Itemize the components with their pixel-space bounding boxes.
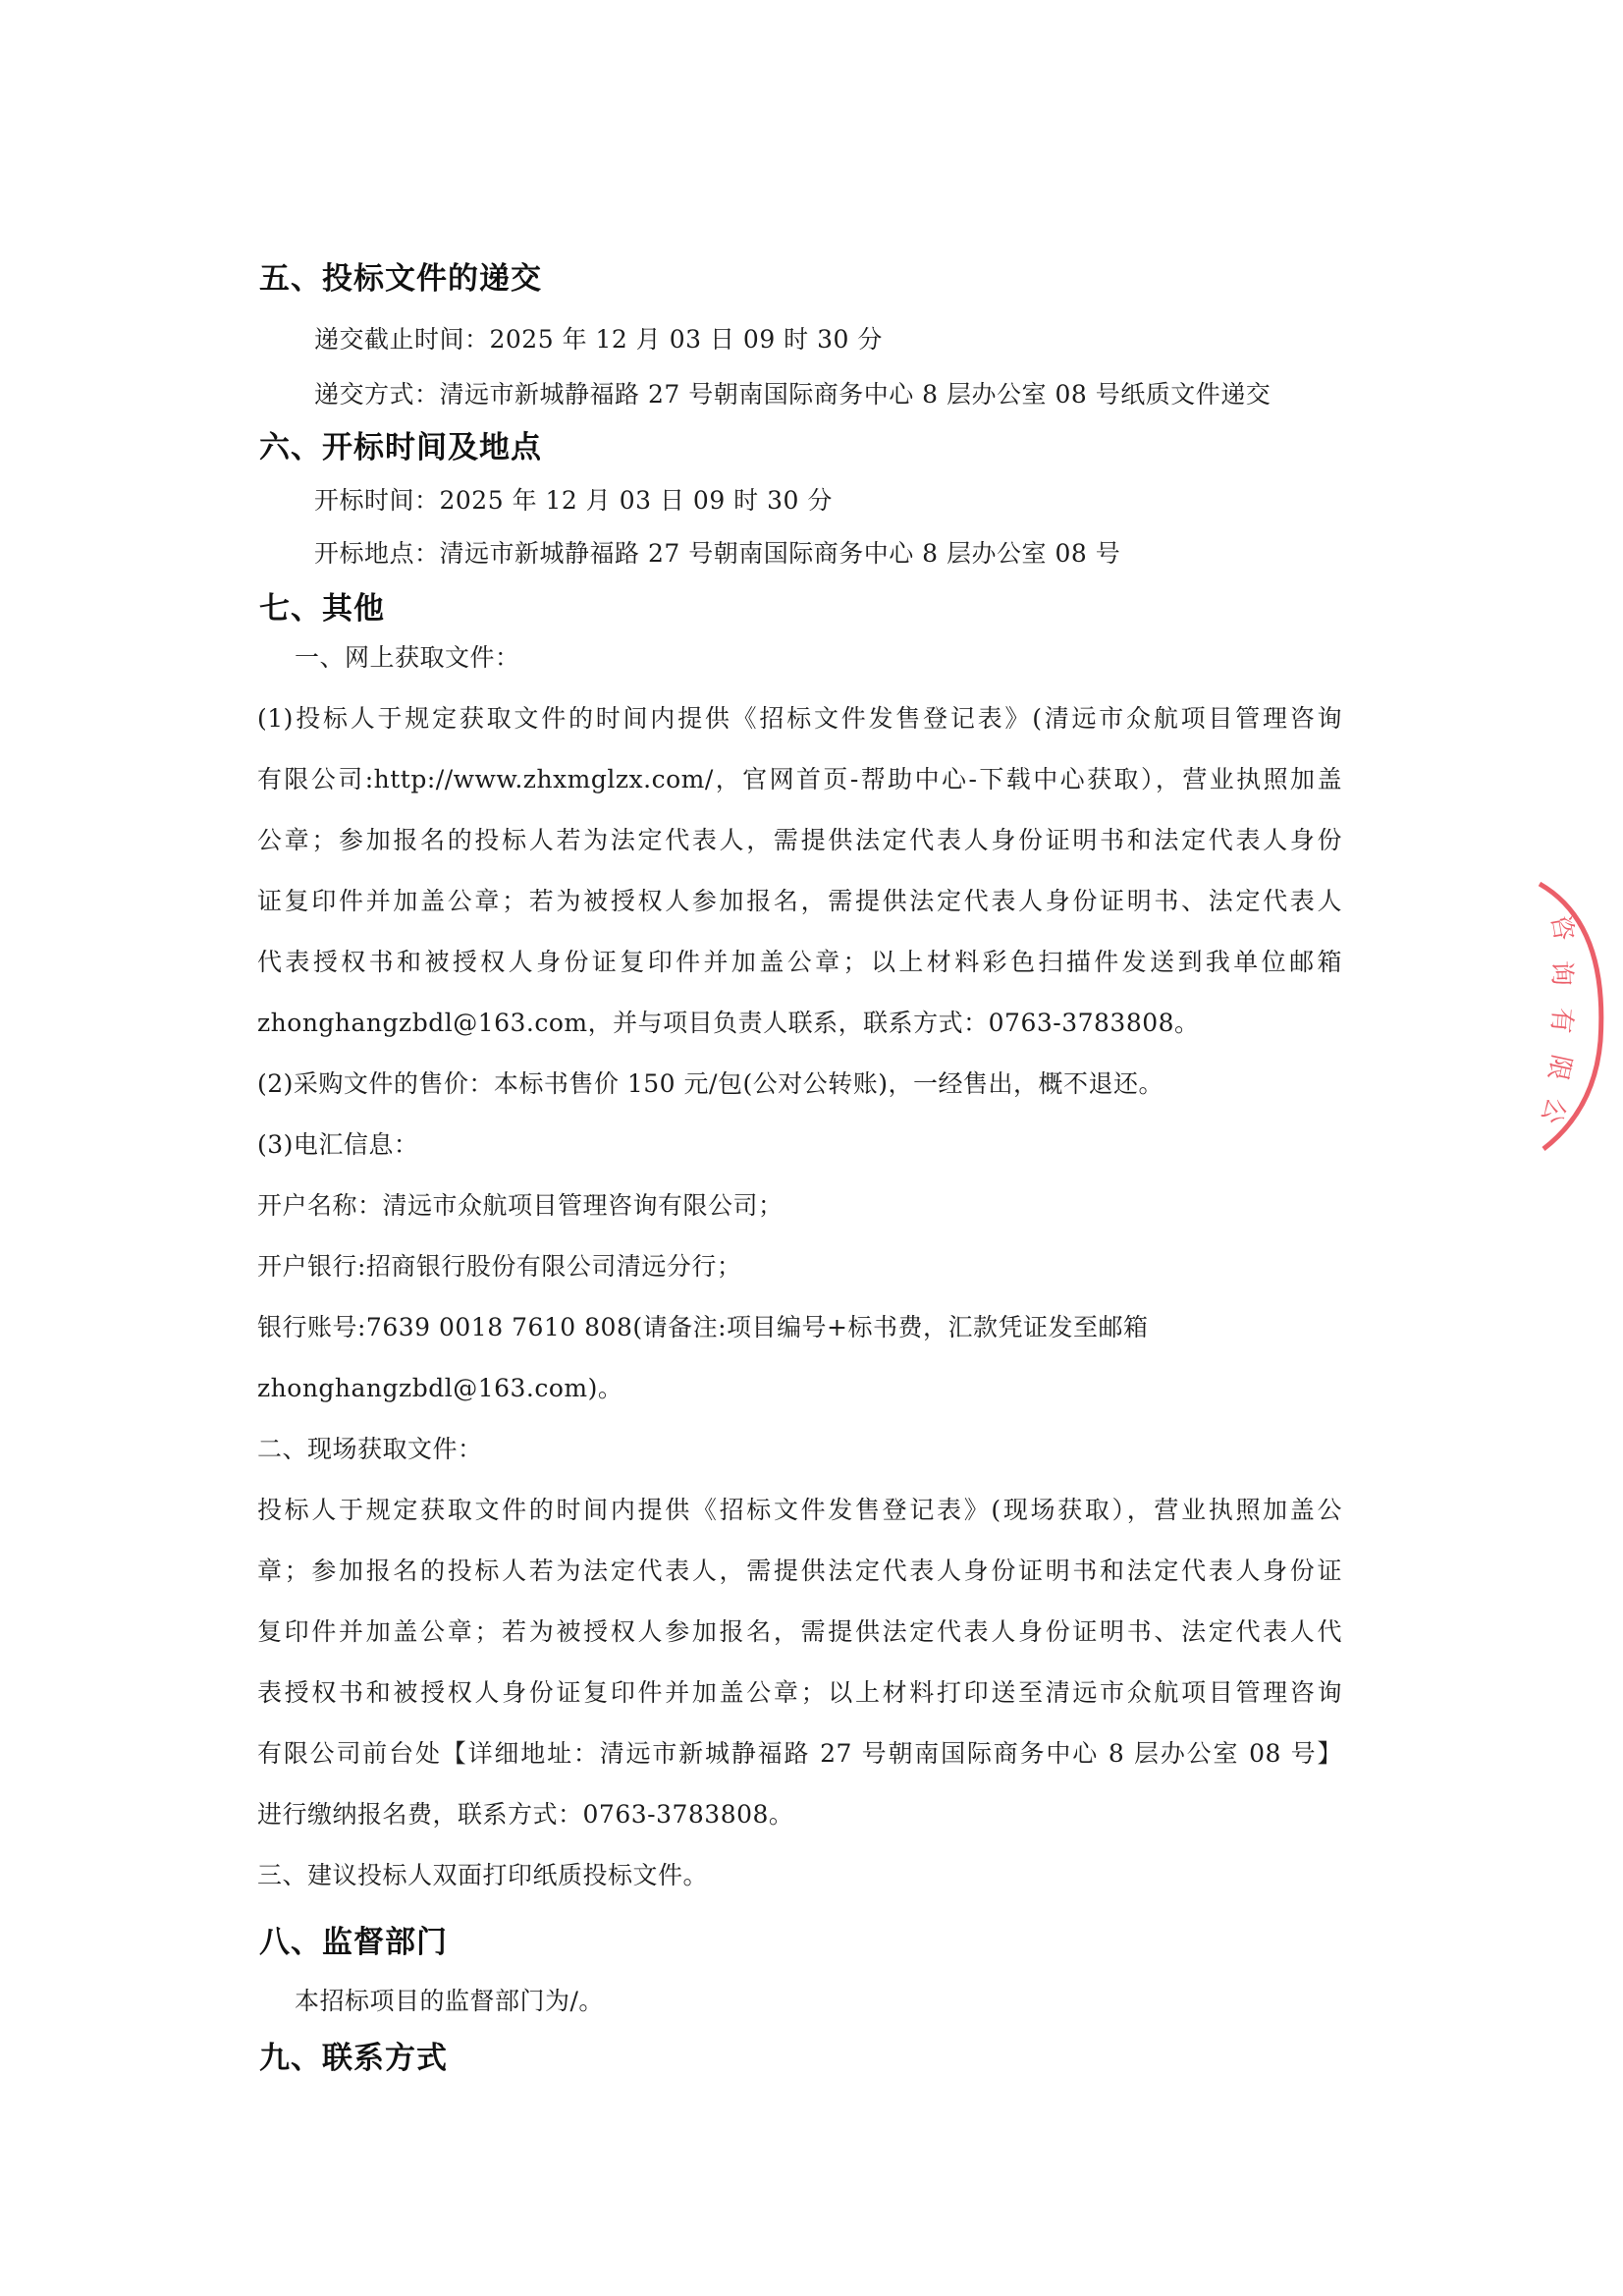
svg-text:公: 公 [1535,1094,1571,1128]
online-acquisition-heading: 一、网上获取文件： [295,638,520,674]
account-name: 开户名称：清远市众航项目管理咨询有限公司； [257,1186,1342,1222]
document-price: (2)采购文件的售价：本标书售价 150 元/包(公对公转账)，一经售出，概不退… [257,1065,1342,1100]
section-7-heading: 七、其他 [259,583,385,628]
svg-text:有: 有 [1545,1007,1577,1035]
onsite-acquisition-heading: 二、现场获取文件： [257,1430,1342,1465]
section-5-heading: 五、投标文件的递交 [259,253,542,298]
account-number: 银行账号:7639 0018 7610 808(请备注:项目编号+标书费，汇款凭… [257,1308,1342,1343]
section-9-heading: 九、联系方式 [259,2033,448,2077]
section-6-heading: 六、开标时间及地点 [259,422,542,466]
online-line: 证复印件并加盖公章；若为被授权人参加报名，需提供法定代表人身份证明书、法定代表人 [257,882,1342,917]
svg-text:询: 询 [1546,959,1577,986]
section-8-heading: 八、监督部门 [259,1917,448,1961]
onsite-line: 投标人于规定获取文件的时间内提供《招标文件发售登记表》(现场获取），营业执照加盖… [257,1491,1342,1526]
wire-info-heading: (3)电汇信息： [257,1125,1342,1161]
onsite-line: 表授权书和被授权人身份证复印件并加盖公章；以上材料打印送至清远市众航项目管理咨询 [257,1673,1342,1709]
online-line: 有限公司:http://www.zhxmglzx.com/，官网首页-帮助中心-… [257,760,1342,795]
online-line: 代表授权书和被授权人身份证复印件并加盖公章；以上材料彩色扫描件发送到我单位邮箱 [257,943,1342,978]
company-seal-stamp: 咨 询 有 限 公 [1532,864,1623,1159]
supervision-text: 本招标项目的监督部门为/。 [295,1982,604,2017]
online-line: (1)投标人于规定获取文件的时间内提供《招标文件发售登记表》(清远市众航项目管理… [257,699,1342,735]
online-line: 公章；参加报名的投标人若为法定代表人，需提供法定代表人身份证明书和法定代表人身份 [257,821,1342,856]
onsite-contact-line: 进行缴纳报名费，联系方式：0763-3783808。 [257,1795,1342,1831]
account-email: zhonghangzbdl@163.com)。 [257,1369,1342,1404]
opening-time: 开标时间：2025 年 12 月 03 日 09 时 30 分 [314,481,833,517]
opening-place: 开标地点：清远市新城静福路 27 号朝南国际商务中心 8 层办公室 08 号 [314,534,1120,570]
onsite-line: 有限公司前台处【详细地址：清远市新城静福路 27 号朝南国际商务中心 8 层办公… [257,1734,1342,1770]
document-page: 五、投标文件的递交 递交截止时间：2025 年 12 月 03 日 09 时 3… [0,0,1623,2296]
svg-text:限: 限 [1542,1052,1576,1083]
account-bank: 开户银行:招商银行股份有限公司清远分行； [257,1247,1342,1283]
onsite-line: 复印件并加盖公章；若为被授权人参加报名，需提供法定代表人身份证明书、法定代表人代 [257,1613,1342,1648]
submission-method: 递交方式：清远市新城静福路 27 号朝南国际商务中心 8 层办公室 08 号纸质… [314,375,1271,410]
duplex-print-note: 三、建议投标人双面打印纸质投标文件。 [257,1856,1342,1891]
svg-text:咨: 咨 [1544,913,1578,944]
online-contact-line: zhonghangzbdl@163.com，并与项目负责人联系，联系方式：076… [257,1004,1342,1039]
onsite-line: 章；参加报名的投标人若为法定代表人，需提供法定代表人身份证明书和法定代表人身份证 [257,1552,1342,1587]
submission-deadline: 递交截止时间：2025 年 12 月 03 日 09 时 30 分 [314,320,883,355]
